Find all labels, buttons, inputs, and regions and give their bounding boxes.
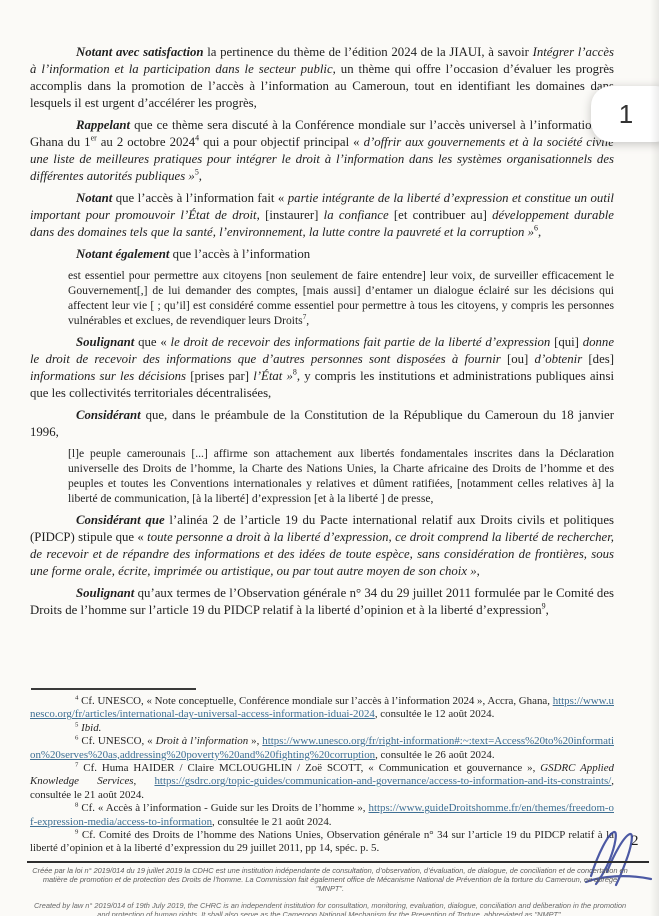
footnote-4: 4 Cf. UNESCO, « Note conceptuelle, Confé… (30, 695, 614, 722)
text-run: d’obtenir (535, 352, 583, 366)
footnote-8: 8 Cf. « Accès à l’information - Guide su… (30, 802, 614, 829)
text-run: est essentiel pour permettre aux citoyen… (68, 269, 614, 327)
text-run: Considérant (76, 408, 141, 422)
document-body: Notant avec satisfaction la pertinence d… (30, 44, 614, 686)
paragraph-rappelant: Rappelant que ce thème sera discuté à la… (30, 117, 614, 185)
text-run: que l’accès à l’information (169, 247, 310, 261)
text-run: que « (134, 335, 170, 349)
text-run: [des] (582, 352, 614, 366)
text-run: , (546, 603, 549, 617)
text-run: [prises par] (186, 369, 253, 383)
text-run: , consultée le 21 août 2024. (212, 816, 331, 828)
text-run: , (306, 314, 309, 327)
footnote-5: 5 Ibid. (30, 722, 614, 735)
text-run: Cf. UNESCO, « (78, 735, 155, 747)
footer-text-french: Créée par la loi n° 2019/014 du 19 juill… (30, 866, 630, 894)
text-run: Soulignant (76, 335, 134, 349)
text-run: Considérant que (76, 513, 165, 527)
text-run: [qui] (550, 335, 582, 349)
text-run: , (538, 225, 541, 239)
paragraph-notant: Notant que l’accès à l’information fait … (30, 190, 614, 241)
paragraph-considerant-preambule: Considérant que, dans le préambule de la… (30, 407, 614, 441)
text-run: , (134, 775, 155, 787)
blockquote-citoyens: est essentiel pour permettre aux citoyen… (68, 268, 614, 328)
text-run: au 2 octobre 2024 (97, 135, 195, 149)
text-run: Notant avec satisfaction (76, 45, 204, 59)
text-run: Cf. UNESCO, « Note conceptuelle, Confére… (78, 695, 552, 707)
paragraph-soulignant-observation: Soulignant qu’aux termes de l’Observatio… (30, 585, 614, 619)
text-run: l’État » (253, 369, 293, 383)
text-run: qui a pour objectif principal « (199, 135, 363, 149)
paragraph-considerant-pidcp: Considérant que l’alinéa 2 de l’article … (30, 512, 614, 580)
text-run: la pertinence du thème de l’édition 2024… (204, 45, 533, 59)
text-run: Notant (76, 191, 112, 205)
footer-rule (27, 861, 649, 863)
text-run: Soulignant (76, 586, 134, 600)
page-indicator-badge[interactable]: 1 (591, 86, 659, 142)
text-run: , consultée le 26 août 2024. (375, 749, 494, 761)
text-run: Cf. Huma HAIDER / Claire MCLOUGHLIN / Zo… (78, 762, 540, 774)
text-run: la confiance (324, 208, 389, 222)
text-run: le droit de recevoir des informations fa… (171, 335, 551, 349)
page-footer: Créée par la loi n° 2019/014 du 19 juill… (30, 866, 630, 916)
text-run: [l]e peuple camerounais [...] affirme so… (68, 447, 614, 505)
text-run: , consultée le 12 août 2024. (375, 708, 494, 720)
paragraph-soulignant-droit: Soulignant que « le droit de recevoir de… (30, 334, 614, 402)
text-run: [ou] (501, 352, 535, 366)
text-run: Cf. Comité des Droits de l’homme des Nat… (30, 829, 614, 854)
footnotes-section: 4 Cf. UNESCO, « Note conceptuelle, Confé… (30, 695, 614, 857)
footnote-7: 7 Cf. Huma HAIDER / Claire MCLOUGHLIN / … (30, 762, 614, 802)
footnote-9: 9 Cf. Comité des Droits de l’homme des N… (30, 829, 614, 856)
blockquote-preambule-constitution: [l]e peuple camerounais [...] affirme so… (68, 446, 614, 506)
footnote-link[interactable]: https://gsdrc.org/topic-guides/communica… (154, 775, 611, 787)
footnote-separator-rule (31, 688, 196, 690)
paragraph-notant-egalement: Notant également que l’accès à l’informa… (30, 246, 614, 263)
page-indicator-label: 1 (619, 99, 633, 130)
document-page: Notant avec satisfaction la pertinence d… (0, 0, 659, 916)
text-run: , (199, 169, 202, 183)
text-run: que l’accès à l’information fait « (112, 191, 287, 205)
text-run: [instaurer] (260, 208, 324, 222)
text-run: Rappelant (76, 118, 130, 132)
footnote-6: 6 Cf. UNESCO, « Droit à l’information »,… (30, 735, 614, 762)
text-run: [et contribuer au] (389, 208, 493, 222)
footer-text-english: Created by law n° 2019/014 of 19th July … (30, 901, 630, 916)
text-run: », (248, 735, 262, 747)
text-run: Notant également (76, 247, 169, 261)
text-run: informations sur les décisions (30, 369, 186, 383)
text-run: Droit à l’information (156, 735, 249, 747)
text-run: Ibid. (78, 722, 101, 734)
paragraph-notant-avec-satisfaction: Notant avec satisfaction la pertinence d… (30, 44, 614, 112)
text-run: Cf. « Accès à l’information - Guide sur … (78, 802, 368, 814)
